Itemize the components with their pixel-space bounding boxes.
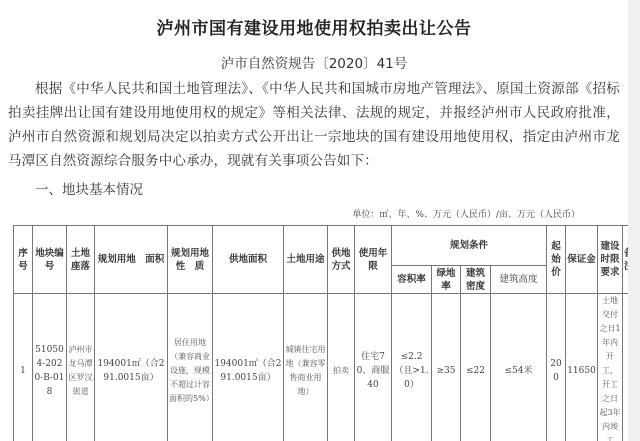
cell-far: ≤2.2（且>1.0） [392,294,432,441]
header-planning-conditions: 规划条件 [392,226,547,266]
intro-paragraph: 根据《中华人民共和国土地管理法》、《中华人民共和国城市房地产管理法》、原国土资源… [8,77,620,173]
cell-supply-method: 拍卖 [328,294,355,441]
cell-building-height: ≤54米 [491,294,547,441]
section-heading: 一、地块基本情况 [35,178,143,198]
cell-location: 泸州市龙马潭区罗汉街道 [67,294,95,441]
header-location: 土地座落 [67,226,95,294]
header-parcel-no: 地块编号 [33,226,67,294]
cell-land-use: 城镇住宅用地（兼容零售商业用地） [284,294,328,441]
header-supply-area: 供地面积 [213,226,284,294]
header-planned-nature: 规划用地性 质 [168,226,213,294]
cell-seq: 1 [14,294,33,441]
header-far: 容积率 [392,266,432,294]
unit-note: 单位：㎡、年、%、万元（人民币）/亩、万元（人民币） [352,207,580,220]
cell-building-density: ≤22 [461,294,491,441]
header-building-density: 建筑密度 [461,266,491,294]
header-green-ratio: 绿地率 [432,266,461,294]
cell-starting-price: 200 [547,294,566,441]
cell-planned-area: 194001㎡（合291.0015亩） [95,294,168,441]
header-seq: 序号 [14,226,33,294]
parcel-table: 序号 地块编号 土地座落 规划用地 面积 规划用地性 质 供地面积 土地用途 供… [13,225,629,441]
header-deposit: 保证金 [566,226,598,294]
header-starting-price: 起始价 [547,226,566,294]
cell-term: 住宅70、商服40 [355,294,392,441]
table-header-row: 序号 地块编号 土地座落 规划用地 面积 规划用地性 质 供地面积 土地用途 供… [14,226,629,266]
cell-construction-deadline: 土地交付之日1年内开工，开工之日起3年内竣工 [598,294,623,441]
cell-planned-nature: 居住用地（兼容商业设施，规模不超过计容面积的5%） [168,294,213,441]
cell-green-ratio: ≥35 [432,294,461,441]
header-building-height: 建筑高度 [491,266,547,294]
header-supply-method: 供地方式 [328,226,355,294]
scrollbar[interactable] [628,0,640,441]
cell-deposit: 11650 [566,294,598,441]
cell-parcel-no: 510504-2020-B-018 [33,294,67,441]
cell-supply-area: 194001㎡（合291.0015亩） [213,294,284,441]
header-term: 使用年限 [355,226,392,294]
header-land-use: 土地用途 [284,226,328,294]
document-number: 泸市自然资规告〔2020〕41号 [0,52,628,72]
header-construction-deadline: 建设时限要求 [598,226,623,294]
table-row: 1 510504-2020-B-018 泸州市龙马潭区罗汉街道 194001㎡（… [14,294,629,441]
page-title: 泸州市国有建设用地使用权拍卖出让公告 [0,14,628,39]
announcement-page: 泸州市国有建设用地使用权拍卖出让公告 泸市自然资规告〔2020〕41号 根据《中… [0,0,628,441]
header-planned-area: 规划用地 面积 [95,226,168,294]
